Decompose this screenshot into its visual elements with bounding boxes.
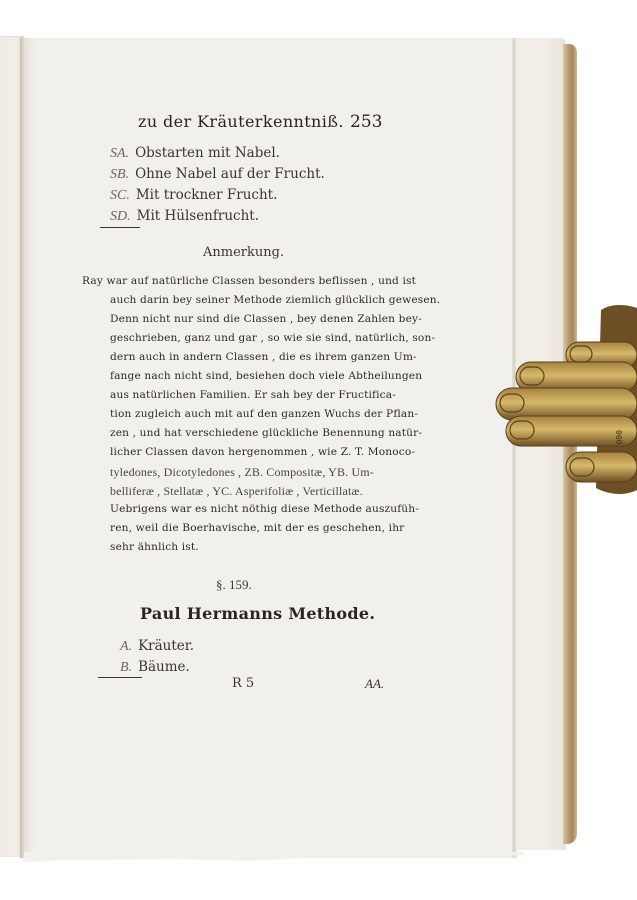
book-photo: zu der Kräuterkenntniß. 253 SA.Obstarten…	[0, 0, 637, 900]
note-line: ren, weil die Boerhavische, mit der es g…	[110, 522, 404, 534]
list-key: B.	[120, 660, 132, 675]
page-number: 253	[350, 112, 382, 132]
list-item: A.Kräuter.	[120, 638, 194, 655]
note-line: tyledones, Dicotyledones , ZB. Compositæ…	[110, 465, 374, 480]
list-item: SA.Obstarten mit Nabel.	[110, 145, 280, 162]
rule-line	[98, 677, 142, 678]
note-line: aus natürlichen Familien. Er sah bey der…	[110, 389, 396, 401]
list-text: Mit Hülsenfrucht.	[137, 208, 259, 224]
note-line: dern auch in andern Classen , die es ihr…	[110, 351, 417, 363]
signature-mark: R 5	[232, 676, 254, 691]
note-line: fange nach nicht sind, besiehen doch vie…	[110, 370, 422, 382]
list-text: Ohne Nabel auf der Frucht.	[135, 166, 325, 182]
list-key: SD.	[110, 209, 131, 224]
note-line: sehr ähnlich ist.	[110, 541, 199, 553]
note-line: auch darin bey seiner Methode ziemlich g…	[110, 294, 440, 306]
note-line: belliferæ , Stellatæ , YC. Asperifoliæ ,…	[110, 484, 363, 499]
list-item: SB.Ohne Nabel auf der Frucht.	[110, 166, 325, 183]
note-line: Uebrigens war es nicht nöthig diese Meth…	[110, 503, 419, 515]
note-heading: Anmerkung.	[203, 245, 284, 260]
catchword: AA.	[365, 676, 384, 692]
list-key: SC.	[110, 188, 130, 203]
note-line: tion zugleich auch mit auf den ganzen Wu…	[110, 408, 418, 420]
note-line: geschrieben, ganz und gar , so wie sie s…	[110, 332, 435, 344]
note-line: zen , und hat verschiedene glückliche Be…	[110, 427, 422, 439]
list-key: SB.	[110, 167, 129, 182]
section-title: Paul Hermanns Methode.	[140, 604, 375, 623]
note-line: Ray war auf natürliche Classen besonders…	[82, 275, 416, 287]
note-line: licher Classen davon hergenommen , wie Z…	[110, 446, 415, 458]
list-key: SA.	[110, 146, 129, 161]
section-number: §. 159.	[216, 577, 252, 593]
list-text: Obstarten mit Nabel.	[135, 145, 280, 161]
running-head: zu der Kräuterkenntniß.	[138, 112, 344, 131]
list-item: SC.Mit trockner Frucht.	[110, 187, 277, 204]
svg-text:000: 000	[614, 430, 623, 445]
list-item: B.Bäume.	[120, 659, 190, 676]
rule-line	[100, 227, 140, 228]
note-line: Denn nicht nur sind die Classen , bey de…	[110, 313, 422, 325]
list-text: Bäume.	[138, 659, 190, 675]
list-text: Kräuter.	[138, 638, 194, 654]
brass-hand-clip-icon: 000	[466, 300, 637, 500]
deckled-bottom-edge	[24, 852, 524, 862]
list-text: Mit trockner Frucht.	[136, 187, 278, 203]
list-key: A.	[120, 639, 132, 654]
list-item: SD.Mit Hülsenfrucht.	[110, 208, 259, 225]
